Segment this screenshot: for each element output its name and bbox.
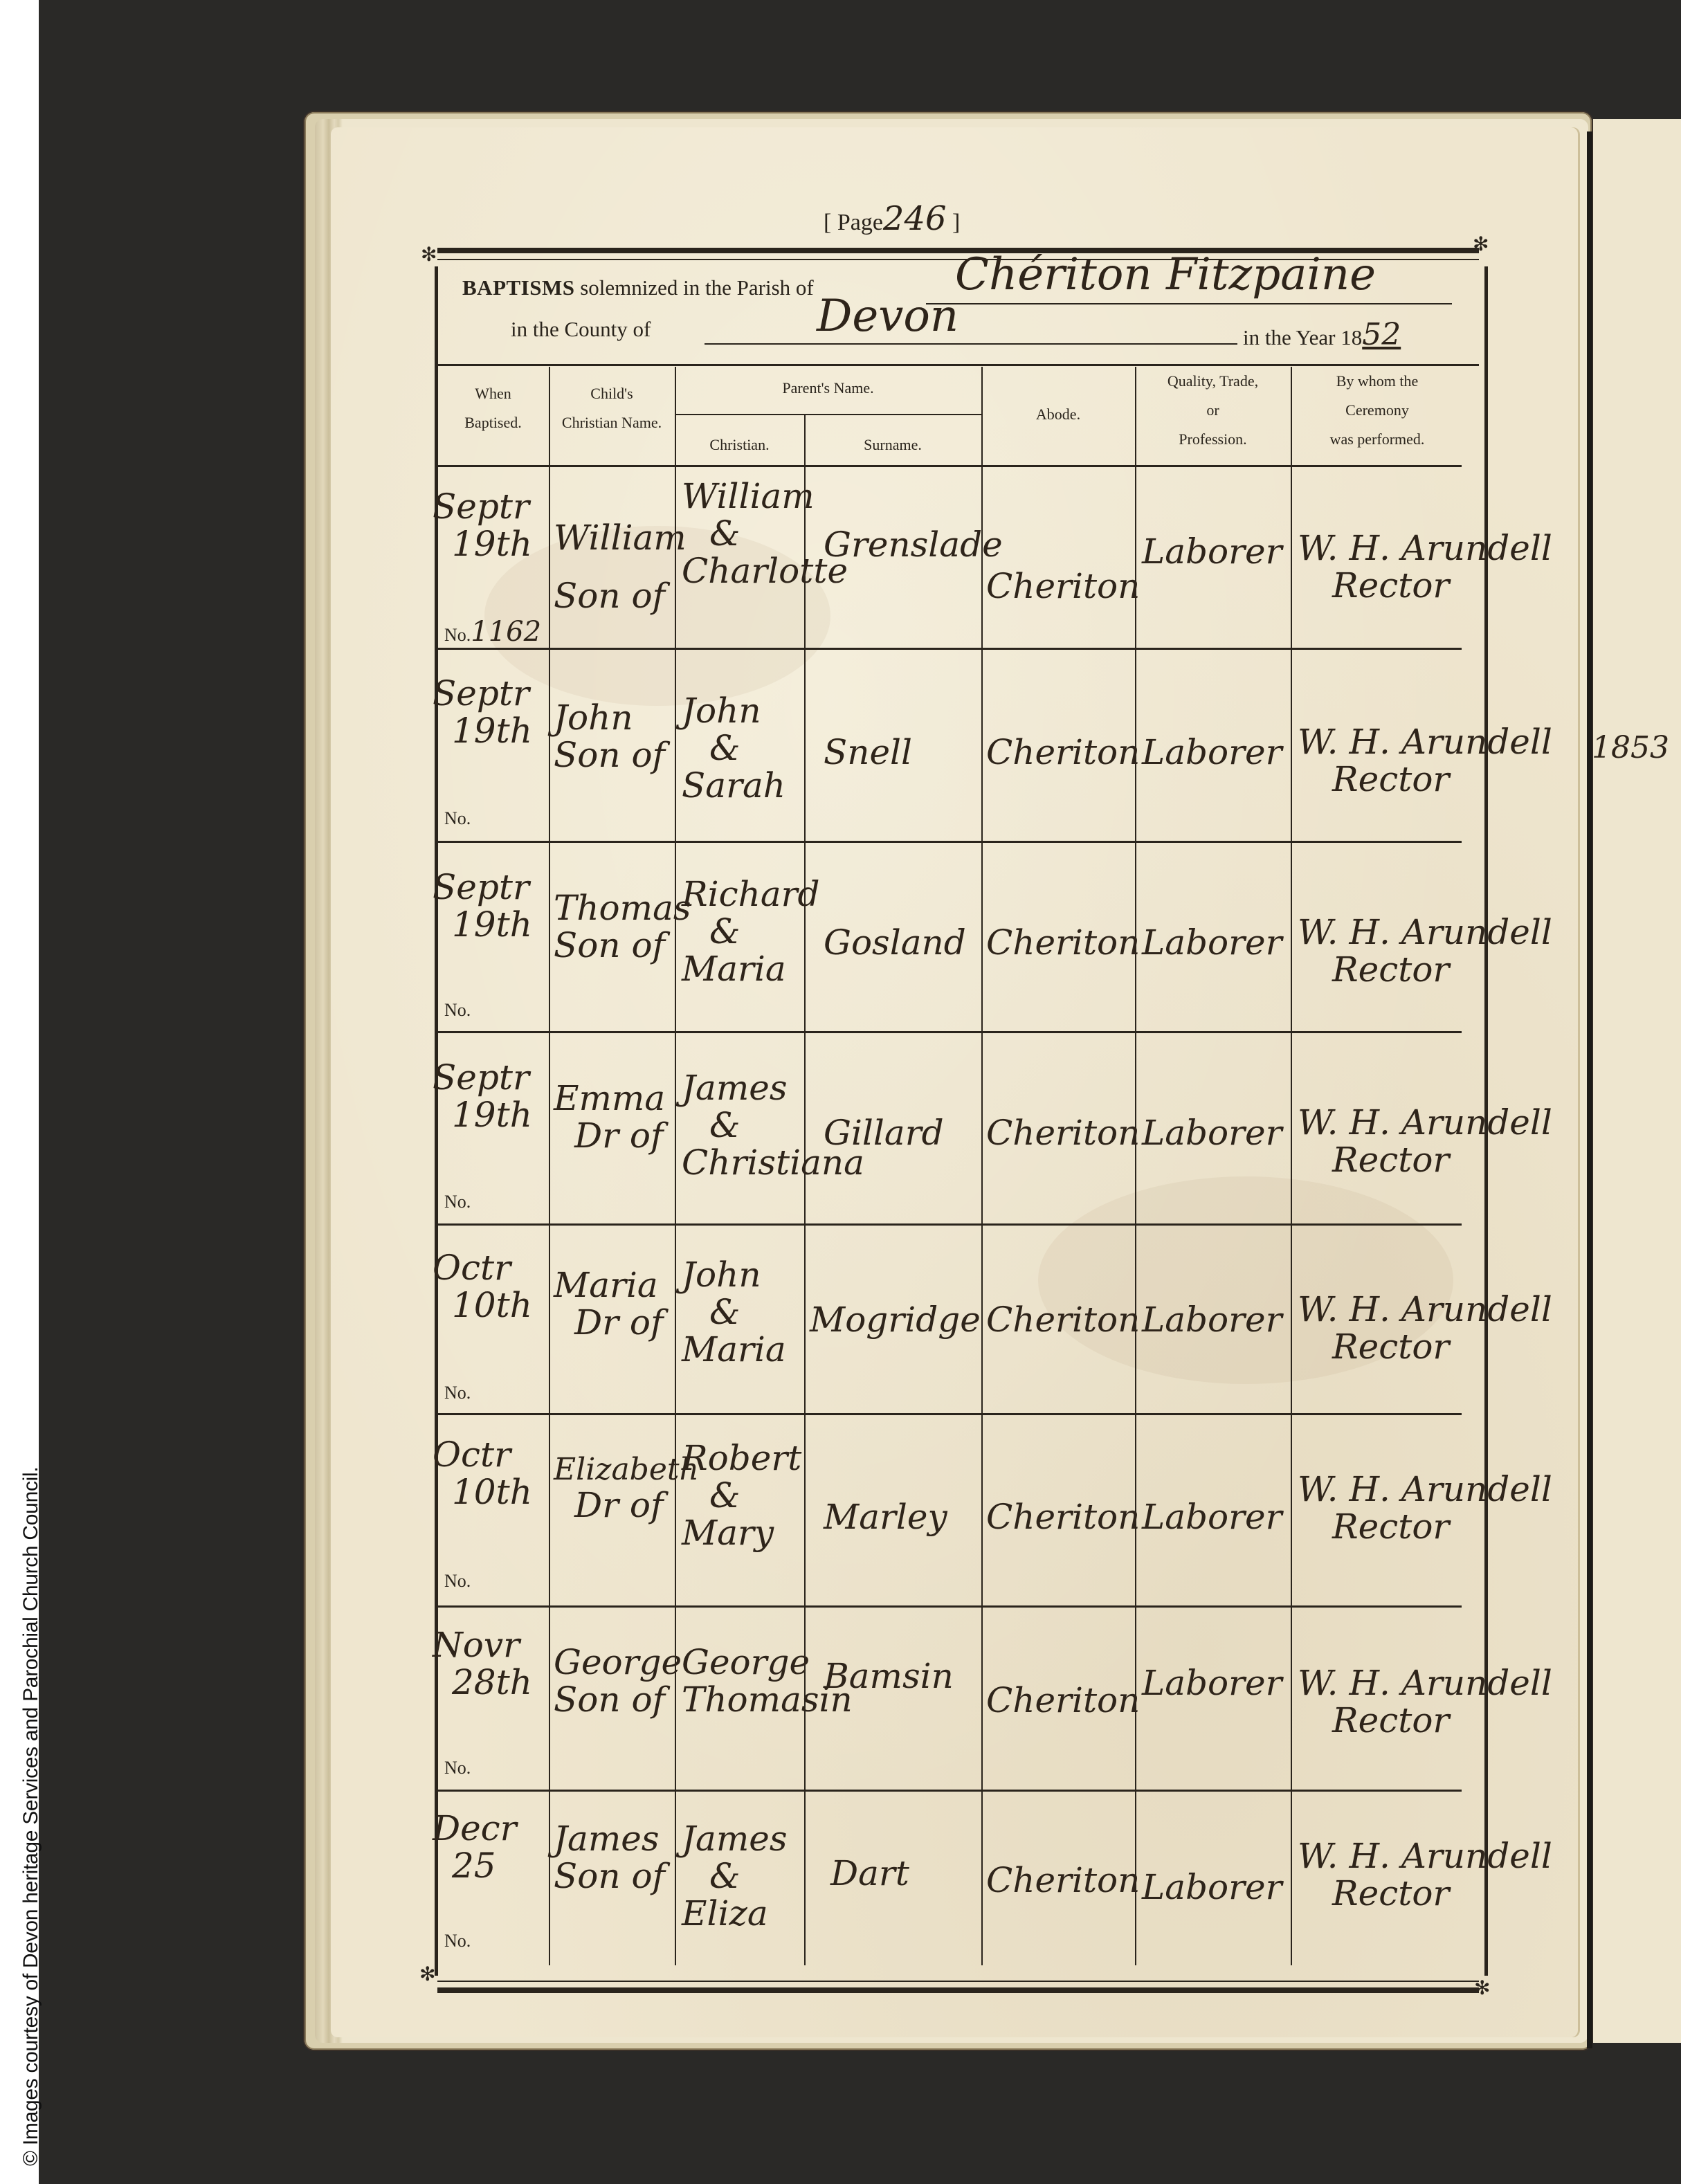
col-header-quality-line3: Profession.: [1135, 425, 1291, 454]
cell-parent-christian: John & Maria: [682, 1256, 786, 1368]
day: 10th: [433, 1286, 532, 1324]
relation: Son of: [554, 1681, 682, 1718]
cell-abode: Cheriton: [986, 567, 1140, 605]
no-value: 1162: [471, 616, 541, 648]
parents-subheader-rule: [675, 414, 981, 415]
no-label: No.: [444, 808, 471, 828]
entry-number: No.: [444, 808, 471, 829]
cell-child: Maria Dr of: [554, 1266, 664, 1341]
entry-number: No.: [444, 1383, 471, 1403]
month: Septr: [433, 675, 532, 712]
month: Septr: [433, 868, 532, 906]
abode: Cheriton: [986, 1862, 1140, 1899]
cell-abode: Cheriton: [986, 1862, 1140, 1899]
relation: Son of: [554, 577, 687, 615]
col-header-child: Child's Christian Name.: [549, 379, 675, 437]
minister-title: Rector: [1298, 761, 1552, 798]
cell-by-whom: W. H. Arundell Rector: [1298, 1837, 1552, 1912]
relation: Son of: [554, 736, 665, 774]
row-rule: [437, 1223, 1462, 1226]
row-rule: [437, 1605, 1462, 1608]
cell-child: George Son of: [554, 1644, 682, 1718]
row-rule: [437, 648, 1462, 650]
cell-when: Decr 25: [433, 1810, 517, 1884]
cell-child: James Son of: [554, 1820, 665, 1895]
margin-note-year: 1853: [1592, 730, 1669, 765]
child-name: Emma: [554, 1080, 665, 1117]
corner-star-icon: ✻: [421, 246, 437, 265]
cell-abode: Cheriton: [986, 1682, 1140, 1719]
month: Octr: [433, 1436, 532, 1473]
title-year-value: 52: [1362, 317, 1401, 352]
parent1: Richard: [682, 875, 820, 913]
col-header-when: When Baptised.: [437, 379, 549, 437]
ampersand: &: [682, 1293, 786, 1331]
cell-child: Thomas Son of: [554, 889, 691, 964]
trade: Laborer: [1142, 1498, 1282, 1536]
parent2: Maria: [682, 1331, 786, 1368]
parish-name: Chériton Fitzpaine: [955, 249, 1376, 300]
minister-title: Rector: [1298, 1328, 1552, 1365]
abode: Cheriton: [986, 1682, 1140, 1719]
cell-surname: Marley: [824, 1498, 947, 1536]
relation: Dr of: [554, 1117, 665, 1154]
col-header-parent-surname: Surname.: [804, 430, 981, 459]
trade: Laborer: [1142, 1664, 1282, 1702]
county-fill-line: [705, 343, 1237, 345]
parent1: Robert: [682, 1439, 801, 1477]
cell-surname: Gillard: [824, 1114, 944, 1152]
relation: Son of: [554, 927, 691, 964]
minister: W. H. Arundell: [1298, 1291, 1552, 1328]
child-name: Thomas: [554, 889, 691, 927]
col-header-parents: Parent's Name.: [675, 374, 981, 403]
day: 28th: [433, 1664, 532, 1701]
surname: Dart: [830, 1855, 909, 1892]
surname: Gillard: [824, 1114, 944, 1152]
cell-parent-christian: Robert & Mary: [682, 1439, 801, 1551]
child-name: Elizabeth: [554, 1453, 699, 1486]
column-divider: [1291, 367, 1292, 1965]
cell-by-whom: W. H. Arundell Rector: [1298, 1471, 1552, 1545]
col-header-by-whom: By whom the Ceremony was performed.: [1291, 367, 1464, 453]
no-label: No.: [444, 1383, 471, 1403]
minister-title: Rector: [1298, 567, 1552, 604]
cell-by-whom: W. H. Arundell Rector: [1298, 1291, 1552, 1365]
surname: Bamsin: [824, 1657, 954, 1695]
relation: Dr of: [554, 1304, 664, 1341]
row-rule: [437, 1413, 1462, 1415]
entry-number: No.: [444, 1931, 471, 1951]
cell-when: Septr 19th: [433, 675, 532, 749]
ampersand: &: [682, 729, 785, 767]
page-number: [ Page246 ]: [824, 199, 960, 238]
page-number-value: 246: [883, 199, 947, 238]
minister-title: Rector: [1298, 1702, 1552, 1739]
relation: Dr of: [554, 1486, 699, 1524]
cell-when: Septr 19th: [433, 1059, 532, 1134]
col-header-child-line2: Christian Name.: [549, 408, 675, 437]
child-name: Maria: [554, 1266, 664, 1304]
month: Novr: [433, 1626, 532, 1664]
cell-abode: Cheriton: [986, 734, 1140, 771]
entry-number: No.: [444, 1571, 471, 1592]
entry-number: No.: [444, 1192, 471, 1212]
cell-surname: Grenslade: [824, 526, 1003, 563]
cell-by-whom: W. H. Arundell Rector: [1298, 1104, 1552, 1179]
cell-surname: Dart: [830, 1855, 909, 1892]
cell-by-whom: W. H. Arundell Rector: [1298, 529, 1552, 604]
cell-trade: Laborer: [1142, 1114, 1282, 1152]
frame-bottom-thick-rule: [437, 1987, 1479, 1993]
no-label: No.: [444, 1931, 471, 1951]
page-prefix: [ Page: [824, 210, 883, 235]
row-rule: [437, 841, 1462, 843]
abode: Cheriton: [986, 1114, 1140, 1152]
parent1: James: [682, 1069, 864, 1107]
cell-by-whom: W. H. Arundell Rector: [1298, 723, 1552, 798]
no-label: No.: [444, 1571, 471, 1591]
page-suffix: ]: [952, 210, 960, 235]
col-header-parent-christian: Christian.: [675, 430, 804, 459]
cell-surname: Bamsin: [824, 1657, 954, 1695]
row-rule: [437, 465, 1462, 467]
frame-bottom-thin-rule: [437, 1981, 1479, 1982]
entry-number: No.: [444, 1000, 471, 1021]
cell-trade: Laborer: [1142, 533, 1282, 570]
abode: Cheriton: [986, 1301, 1140, 1338]
parent1: James: [682, 1820, 788, 1857]
minister-title: Rector: [1298, 1508, 1552, 1545]
cell-when: Octr 10th: [433, 1436, 532, 1511]
parent2: Eliza: [682, 1895, 788, 1932]
minister: W. H. Arundell: [1298, 1837, 1552, 1875]
minister: W. H. Arundell: [1298, 1471, 1552, 1508]
col-header-quality: Quality, Trade, or Profession.: [1135, 367, 1291, 453]
child-name: William: [554, 519, 687, 556]
surname: Snell: [824, 734, 912, 771]
cell-when: Septr 19th: [433, 868, 532, 943]
cell-child: Emma Dr of: [554, 1080, 665, 1154]
cell-parent-christian: John & Sarah: [682, 692, 785, 804]
cell-surname: Gosland: [824, 924, 966, 961]
day: 19th: [433, 712, 532, 749]
col-header-quality-line2: or: [1135, 396, 1291, 425]
cell-trade: Laborer: [1142, 1868, 1282, 1906]
month: Octr: [433, 1249, 532, 1286]
parent2: Mary: [682, 1514, 801, 1551]
minister-title: Rector: [1298, 1875, 1552, 1912]
no-label: No.: [444, 1192, 471, 1212]
cell-surname: Mogridge: [810, 1301, 981, 1338]
no-label: No.: [444, 1758, 471, 1778]
cell-abode: Cheriton: [986, 1114, 1140, 1152]
cell-parent-christian: Richard & Maria: [682, 875, 820, 988]
col-header-when-line1: When: [437, 379, 549, 408]
title-parish-label: solemnized in the Parish of: [580, 275, 814, 300]
col-header-when-line2: Baptised.: [437, 408, 549, 437]
cell-surname: Snell: [824, 734, 912, 771]
county-name: Devon: [817, 291, 958, 342]
col-header-abode: Abode.: [981, 400, 1135, 429]
corner-star-icon: ✻: [419, 1965, 435, 1985]
trade: Laborer: [1142, 1301, 1282, 1338]
trade: Laborer: [1142, 924, 1282, 961]
day: 10th: [433, 1473, 532, 1511]
month: Septr: [433, 488, 532, 525]
abode: Cheriton: [986, 1498, 1140, 1536]
col-header-child-line1: Child's: [549, 379, 675, 408]
ampersand: &: [682, 1857, 788, 1895]
entry-number: No.1162: [444, 616, 541, 648]
abode: Cheriton: [986, 734, 1140, 771]
cell-child: William Son of: [554, 519, 687, 615]
trade: Laborer: [1142, 734, 1282, 771]
minister-title: Rector: [1298, 1141, 1552, 1179]
day: 19th: [433, 525, 532, 563]
column-divider: [549, 367, 550, 1965]
surname: Grenslade: [824, 526, 1003, 563]
cell-child: John Son of: [554, 699, 665, 774]
col-header-by-line3: was performed.: [1291, 425, 1464, 454]
day: 19th: [433, 906, 532, 943]
day: 25: [433, 1847, 517, 1884]
parish-fill-line: [926, 303, 1452, 304]
minister: W. H. Arundell: [1298, 913, 1552, 951]
abode: Cheriton: [986, 567, 1140, 605]
cell-when: Septr 19th: [433, 488, 532, 563]
book-gutter: [1587, 131, 1592, 2048]
cell-child: Elizabeth Dr of: [554, 1453, 699, 1524]
minister: W. H. Arundell: [1298, 1664, 1552, 1702]
title-line-1: BAPTISMS solemnized in the Parish of: [462, 275, 814, 300]
relation: Son of: [554, 1857, 665, 1895]
parent2: Maria: [682, 950, 820, 988]
parent1: John: [682, 1256, 786, 1293]
entry-number: No.: [444, 1758, 471, 1778]
minister-title: Rector: [1298, 951, 1552, 988]
day: 19th: [433, 1096, 532, 1134]
column-divider: [981, 367, 983, 1965]
title-baptisms: BAPTISMS: [462, 275, 574, 300]
abode: Cheriton: [986, 924, 1140, 961]
cell-trade: Laborer: [1142, 1498, 1282, 1536]
cell-abode: Cheriton: [986, 1301, 1140, 1338]
minister: W. H. Arundell: [1298, 723, 1552, 761]
column-divider: [1135, 367, 1136, 1965]
title-year-label: in the Year 18: [1243, 325, 1362, 349]
no-label: No.: [444, 1000, 471, 1020]
header-top-rule: [437, 364, 1479, 366]
cell-when: Octr 10th: [433, 1249, 532, 1324]
cell-trade: Laborer: [1142, 1664, 1282, 1702]
no-label: No.: [444, 625, 471, 645]
cell-trade: Laborer: [1142, 1301, 1282, 1338]
cell-parent-christian: James & Eliza: [682, 1820, 788, 1932]
minister: W. H. Arundell: [1298, 529, 1552, 567]
facing-page-edge: [1593, 119, 1681, 2043]
title-year: in the Year 1852: [1243, 317, 1401, 352]
row-rule: [437, 1031, 1462, 1033]
minister: W. H. Arundell: [1298, 1104, 1552, 1141]
cell-by-whom: W. H. Arundell Rector: [1298, 913, 1552, 988]
surname: Marley: [824, 1498, 947, 1536]
col-header-by-line2: Ceremony: [1291, 396, 1464, 425]
title-county-label: in the County of: [511, 317, 651, 341]
col-header-by-line1: By whom the: [1291, 367, 1464, 396]
trade: Laborer: [1142, 1114, 1282, 1152]
parent1: John: [682, 692, 785, 729]
cell-when: Novr 28th: [433, 1626, 532, 1701]
ampersand: &: [682, 1477, 801, 1514]
parent2: Sarah: [682, 767, 785, 804]
col-header-quality-line1: Quality, Trade,: [1135, 367, 1291, 396]
cell-abode: Cheriton: [986, 924, 1140, 961]
copyright-text: © Images courtesy of Devon heritage Serv…: [19, 1467, 43, 2166]
surname: Gosland: [824, 924, 966, 961]
surname: Mogridge: [810, 1301, 981, 1338]
cell-trade: Laborer: [1142, 924, 1282, 961]
cell-abode: Cheriton: [986, 1498, 1140, 1536]
ampersand: &: [682, 913, 820, 950]
child-name: George: [554, 1644, 682, 1681]
child-name: James: [554, 1820, 665, 1857]
cell-trade: Laborer: [1142, 734, 1282, 771]
month: Septr: [433, 1059, 532, 1096]
copyright-strip: © Images courtesy of Devon heritage Serv…: [0, 0, 39, 2184]
parent1: William: [682, 477, 848, 515]
cell-by-whom: W. H. Arundell Rector: [1298, 1664, 1552, 1739]
row-rule: [437, 1790, 1462, 1792]
month: Decr: [433, 1810, 517, 1847]
trade: Laborer: [1142, 1868, 1282, 1906]
title-line-2: in the County of: [511, 317, 651, 342]
trade: Laborer: [1142, 533, 1282, 570]
child-name: John: [554, 699, 665, 736]
